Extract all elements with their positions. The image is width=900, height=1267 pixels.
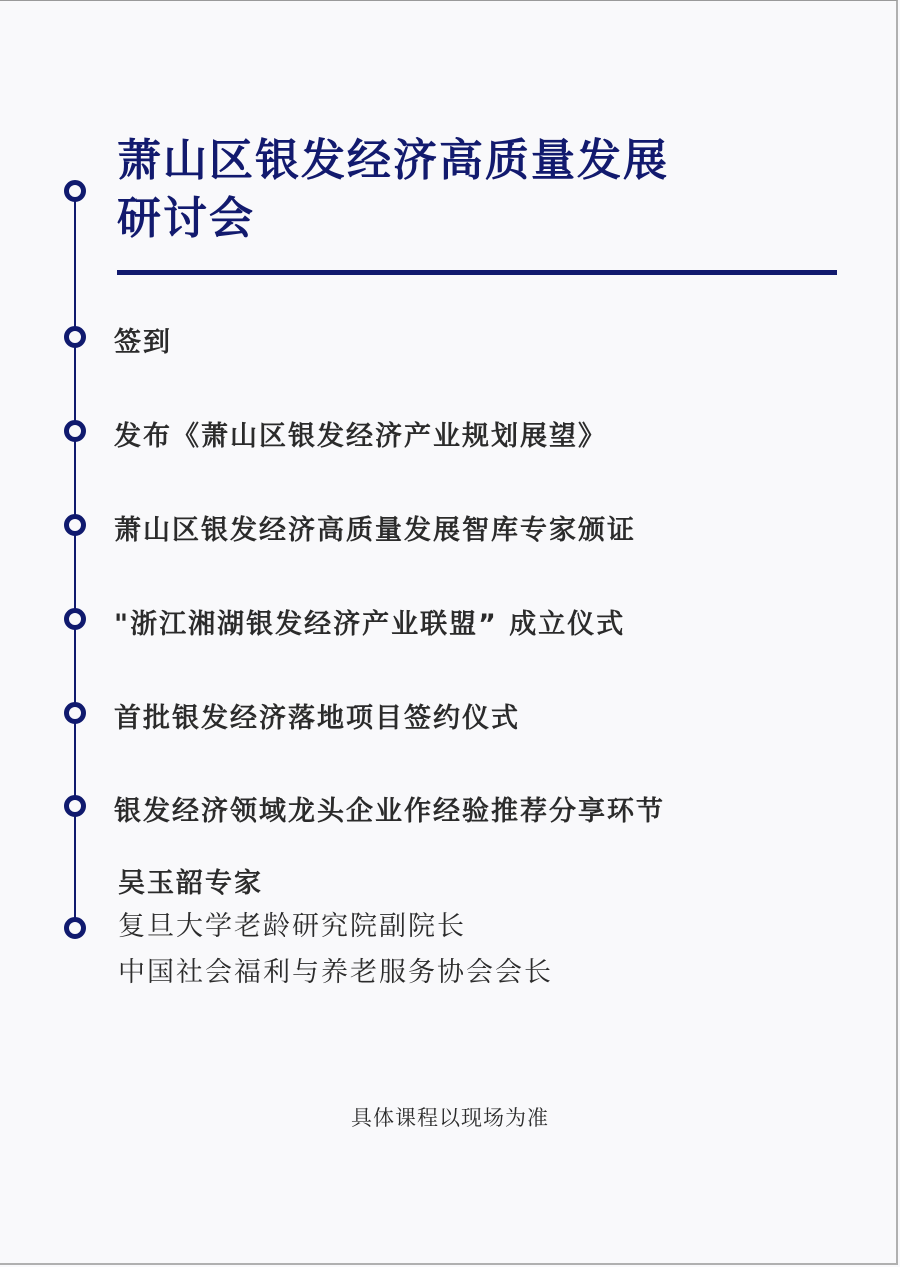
timeline-dot-icon [64,917,86,939]
timeline-dot-icon [64,795,86,817]
timeline-dot-icon [64,702,86,724]
agenda-item-expert-certification: 萧山区银发经济高质量发展智库专家颁证 [114,508,636,547]
agenda-item-project-signing: 首批银发经济落地项目签约仪式 [114,696,520,735]
footnote: 具体课程以现场为准 [0,1102,900,1132]
agenda-item-plan-release: 发布《萧山区银发经济产业规划展望》 [114,414,607,453]
title-line-2: 研讨会 [117,190,669,248]
timeline-line [74,192,76,928]
title-line-1: 萧山区银发经济高质量发展 [117,132,669,190]
page-title: 萧山区银发经济高质量发展 研讨会 [117,132,669,248]
agenda-item-experience-sharing: 银发经济领域龙头企业作经验推荐分享环节 [114,789,665,828]
speaker-role: 复旦大学老龄研究院副院长 [118,904,553,950]
timeline-dot-icon [64,514,86,536]
timeline-dot-icon [64,180,86,202]
timeline-dot-icon [64,608,86,630]
speaker-block: 吴玉韶专家 复旦大学老龄研究院副院长 中国社会福利与养老服务协会会长 [118,864,553,996]
title-divider [117,270,837,275]
agenda-item-alliance-founding: "浙江湘湖银发经济产业联盟” 成立仪式 [114,602,625,641]
timeline-dot-icon [64,420,86,442]
speaker-name: 吴玉韶专家 [118,864,553,904]
agenda-item-checkin: 签到 [114,320,172,359]
speaker-role: 中国社会福利与养老服务协会会长 [118,950,553,996]
timeline-dot-icon [64,326,86,348]
